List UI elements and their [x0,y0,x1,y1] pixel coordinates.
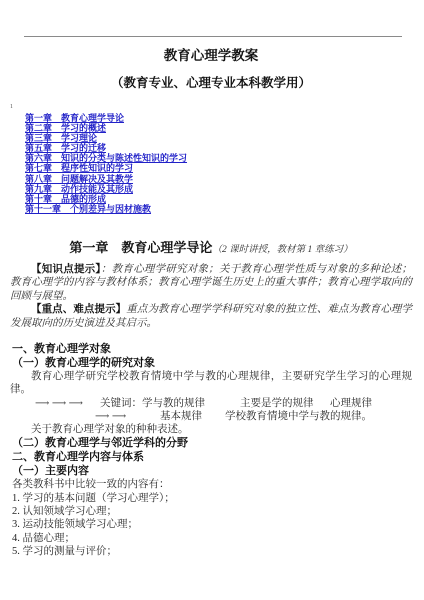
knowledge-tip-label: 【知识点提示】 [31,263,101,275]
diagram-row-2: ⟶ ⟶ 基本规律 学校教育情境中学与教的规律。 [10,410,412,423]
chapter-heading-note: （2 课时讲授，教材第 1 章练习） [212,245,352,255]
toc-link-ch10[interactable]: 第十章 品德的形成 [25,194,412,204]
toc-link-ch8[interactable]: 第八章 问题解决及其教学 [25,174,412,184]
diagram-main-rule-label: 主要是学的规律 [240,397,314,410]
chapter-heading-title: 第一章 教育心理学导论 [69,240,212,255]
toc-link-ch9[interactable]: 第九章 动作技能及其形成 [25,184,412,194]
content-intro: 各类教科书中比较一致的内容有： [12,478,412,491]
toc-link-ch2[interactable]: 第二章 学习的概述 [25,123,412,133]
keypoint-paragraph: 【重点、难点提示】重点为教育心理学学科研究对象的独立性、难点为教育心理学发展取向… [10,303,412,330]
footnote-anchor-mark: 1 [10,104,412,110]
section1-1-heading: （一）教育心理学的研究对象 [12,356,412,370]
doc-title: 教育心理学教案 [10,44,412,64]
diagram-basic-rule-label: 基本规律 [160,410,202,423]
content-list-item: 3. 运动技能领域学习心理； [12,518,412,531]
document-page: 教育心理学教案 （教育专业、心理专业本科教学用） 1 第一章 教育心理学导论 第… [0,0,424,600]
toc-link-ch6[interactable]: 第六章 知识的分类与陈述性知识的学习 [25,153,412,163]
content-list-item: 1. 学习的基本问题（学习心理学）； [12,492,412,505]
section1-heading: 一、教育心理学对象 [12,342,412,356]
content-list-item: 2. 认知领域学习心理； [12,505,412,518]
diagram-row-1: ⟶ ⟶ ⟶ 关键词：学与教的规律 主要是学的规律 心理规律 [10,397,412,410]
section2-heading: 二、教育心理学内容与体系 [12,450,412,464]
section1-2-heading: （二）教育心理学与邻近学科的分野 [12,436,412,450]
toc-link-ch7[interactable]: 第七章 程序性知识的学习 [25,163,412,173]
diagram-psych-rule-label: 心理规律 [330,397,372,410]
toc-link-ch5[interactable]: 第五章 学习的迁移 [25,143,412,153]
content-list: 1. 学习的基本问题（学习心理学）； 2. 认知领域学习心理； 3. 运动技能领… [12,492,412,559]
toc-link-ch1[interactable]: 第一章 教育心理学导论 [25,113,412,123]
knowledge-tip-paragraph: 【知识点提示】：教育心理学研究对象；关于教育心理学性质与对象的多种论述；教育心理… [10,263,412,303]
section1-1-paragraph: 教育心理学研究学校教育情境中学与教的心理规律，主要研究学生学习的心理规律。 [10,370,412,397]
table-of-contents: 第一章 教育心理学导论 第二章 学习的概述 第三章 学习理论 第五章 学习的迁移… [25,113,412,214]
content-list-item: 5. 学习的测量与评价； [12,545,412,558]
page-top-rule [24,36,402,37]
doc-subtitle: （教育专业、心理专业本科教学用） [10,73,412,91]
arrow-icons: ⟶ ⟶ ⟶ [35,397,83,410]
toc-link-ch3[interactable]: 第三章 学习理论 [25,133,412,143]
keypoint-label: 【重点、难点提示】 [31,303,126,315]
content-list-item: 4. 品德心理； [12,532,412,545]
diagram-school-rule-label: 学校教育情境中学与教的规律。 [225,410,372,423]
arrow-icons: ⟶ ⟶ [95,410,126,423]
section2-1-heading: （一）主要内容 [12,464,412,478]
diagram-keyword-label: 关键词：学与教的规律 [100,397,205,410]
toc-link-ch11[interactable]: 第十一章 个别差异与因材施教 [25,204,412,214]
chapter-heading: 第一章 教育心理学导论（2 课时讲授，教材第 1 章练习） [10,240,412,258]
statements-paragraph: 关于教育心理学对象的种种表述。 [10,423,412,436]
